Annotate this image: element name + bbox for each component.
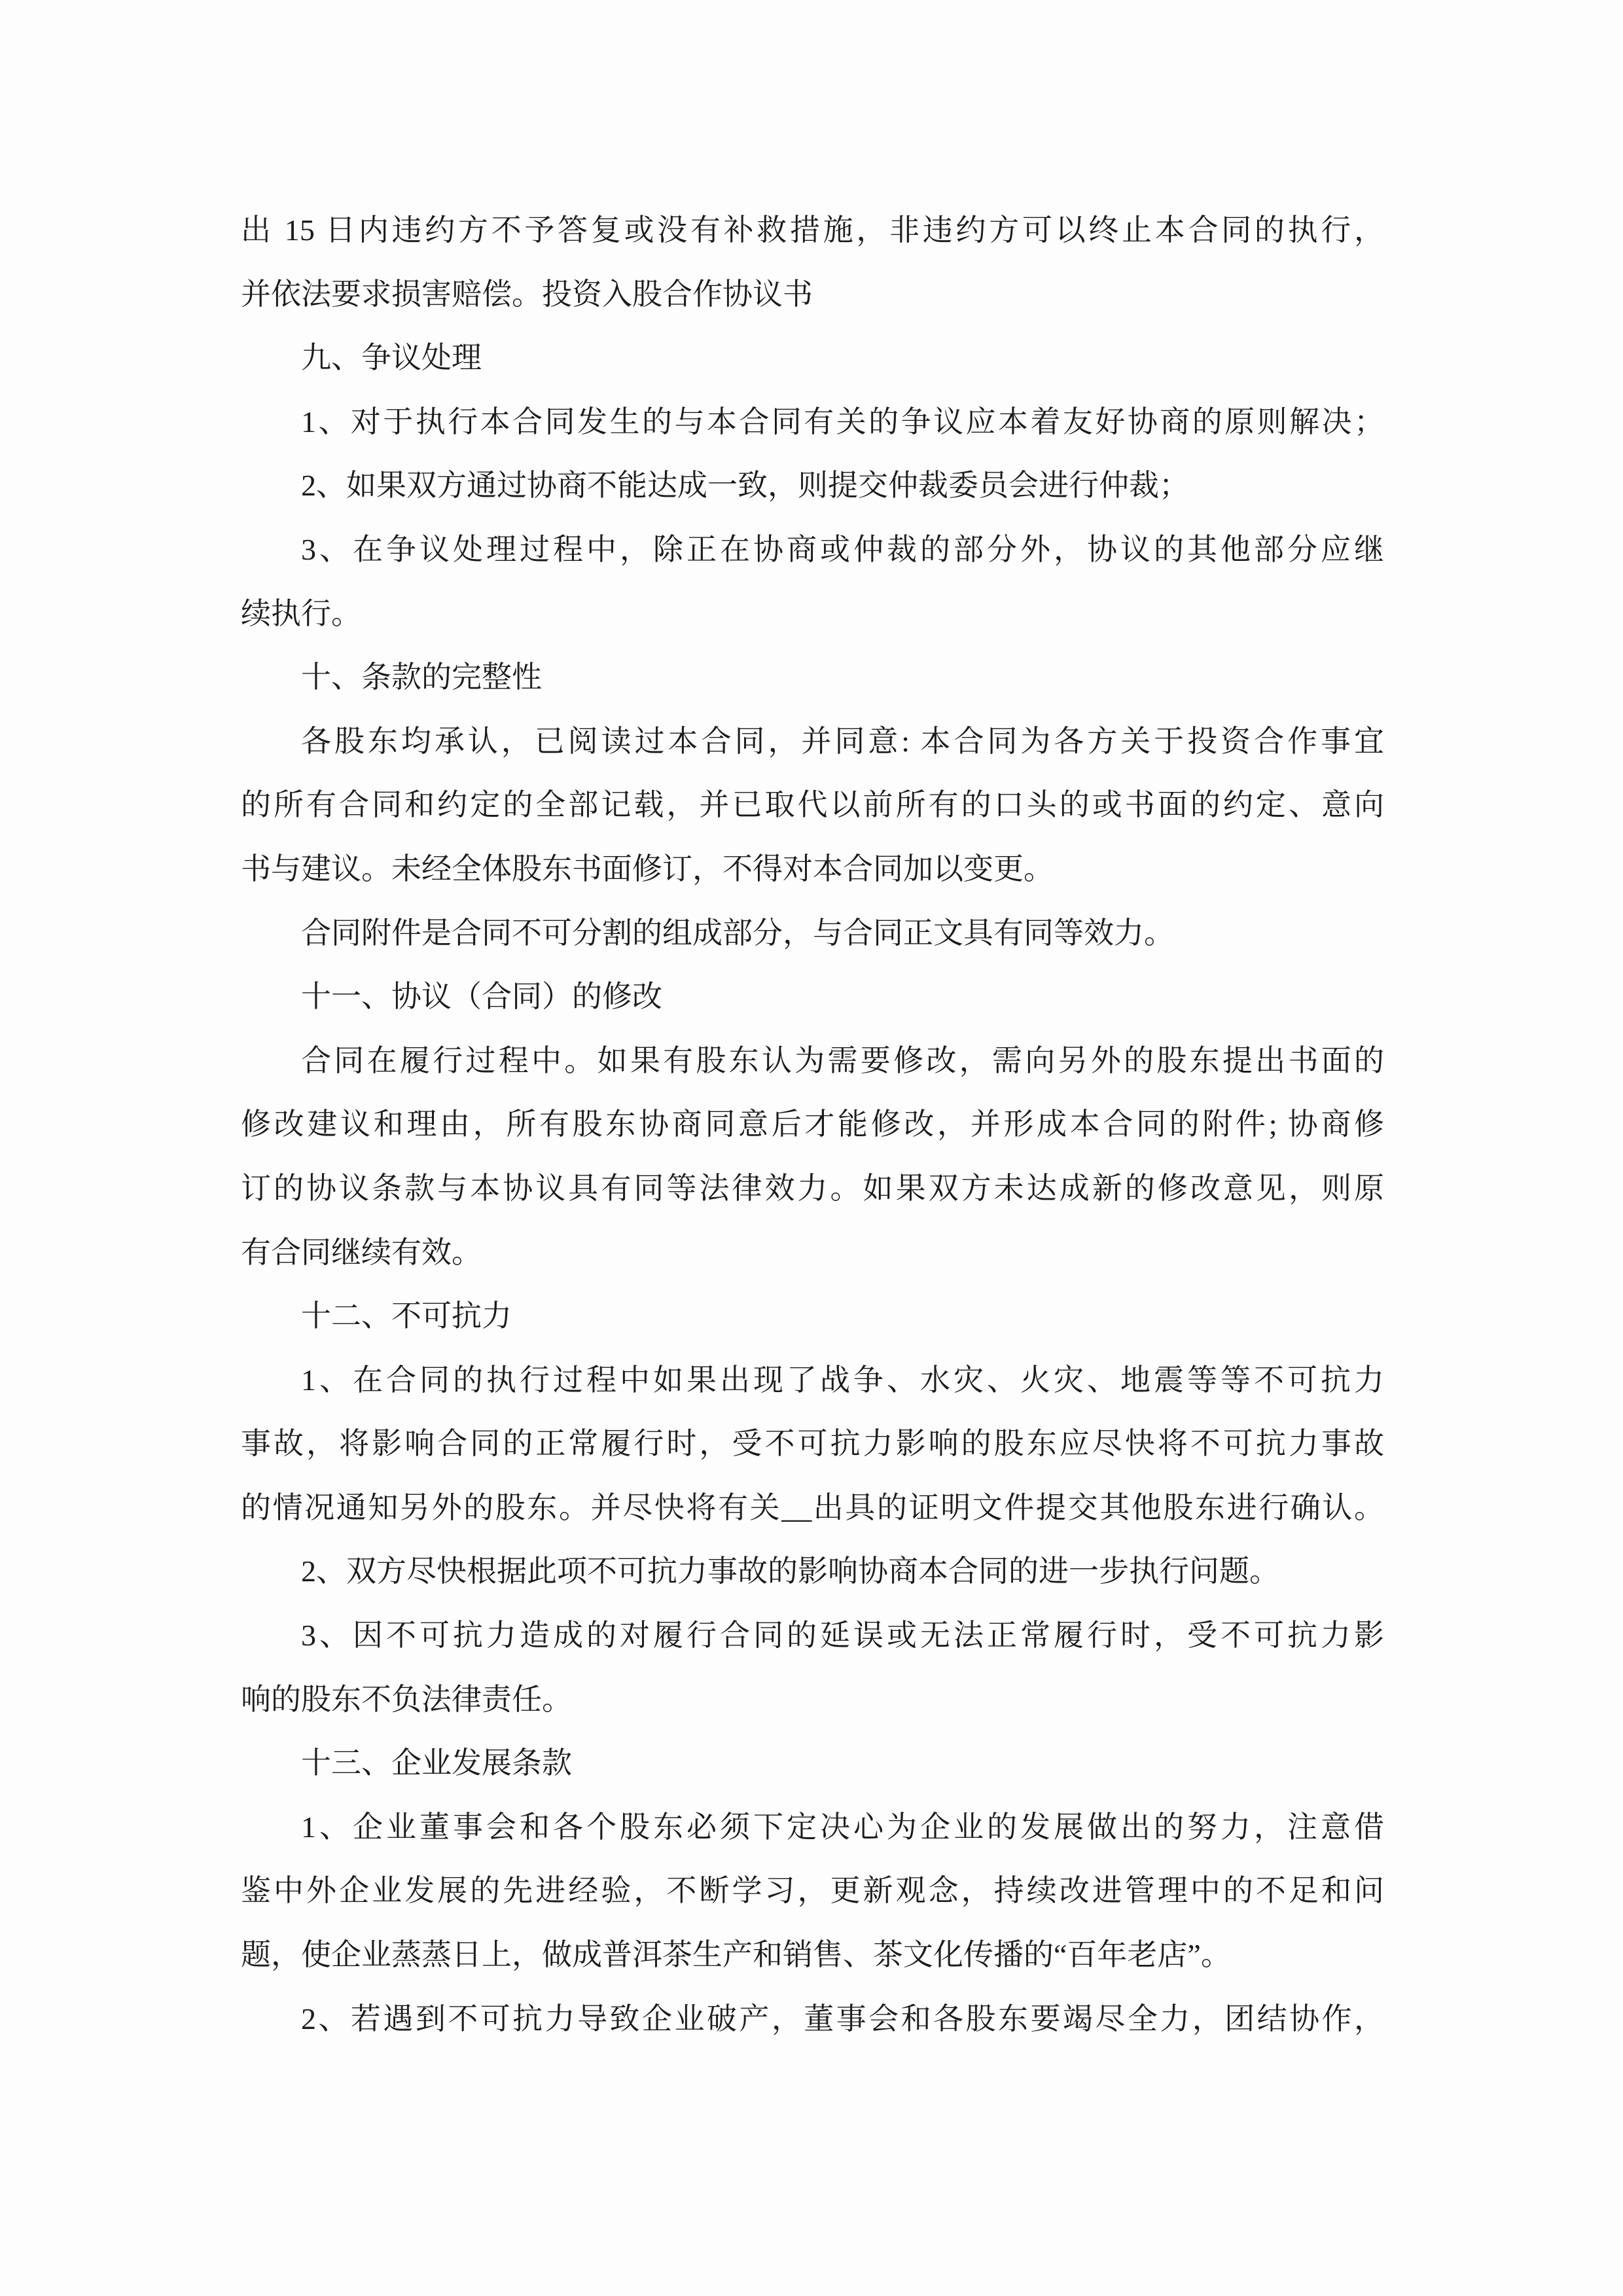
text-line: 1、在合同的执行过程中如果出现了战争、水灾、火灾、地震等等不可抗力 xyxy=(241,1348,1384,1412)
text-line: 出 15 日内违约方不予答复或没有补救措施，非违约方可以终止本合同的执行， xyxy=(241,198,1384,262)
text-line: 有合同继续有效。 xyxy=(241,1221,1384,1285)
text-line: 合同在履行过程中。如果有股东认为需要修改，需向另外的股东提出书面的 xyxy=(241,1029,1384,1093)
text-line: 续执行。 xyxy=(241,582,1384,646)
text-line: 3、在争议处理过程中，除正在协商或仲裁的部分外，协议的其他部分应继 xyxy=(241,518,1384,582)
text-line: 1、企业董事会和各个股东必须下定决心为企业的发展做出的努力，注意借 xyxy=(241,1795,1384,1859)
text-line: 的所有合同和约定的全部记载，并已取代以前所有的口头的或书面的约定、意向 xyxy=(241,773,1384,837)
text-line: 十二、不可抗力 xyxy=(241,1284,1384,1348)
text-line: 合同附件是合同不可分割的组成部分，与合同正文具有同等效力。 xyxy=(241,901,1384,965)
text-line: 2、若遇到不可抗力导致企业破产，董事会和各股东要竭尽全力，团结协作， xyxy=(241,1987,1384,2051)
text-line: 响的股东不负法律责任。 xyxy=(241,1668,1384,1732)
text-line: 1、对于执行本合同发生的与本合同有关的争议应本着友好协商的原则解决； xyxy=(241,390,1384,454)
text-line: 订的协议条款与本协议具有同等法律效力。如果双方未达成新的修改意见，则原 xyxy=(241,1157,1384,1221)
text-line: 各股东均承认，已阅读过本合同，并同意: 本合同为各方关于投资合作事宜 xyxy=(241,709,1384,774)
text-line: 3、因不可抗力造成的对履行合同的延误或无法正常履行时，受不可抗力影 xyxy=(241,1604,1384,1668)
text-line: 事故，将影响合同的正常履行时，受不可抗力影响的股东应尽快将不可抗力事故 xyxy=(241,1412,1384,1476)
text-line: 鉴中外企业发展的先进经验，不断学习，更新观念，持续改进管理中的不足和问 xyxy=(241,1859,1384,1923)
text-line: 十、条款的完整性 xyxy=(241,645,1384,709)
text-line: 2、如果双方通过协商不能达成一致，则提交仲裁委员会进行仲裁； xyxy=(241,454,1384,518)
document-text-block: 出 15 日内违约方不予答复或没有补救措施，非违约方可以终止本合同的执行，并依法… xyxy=(241,198,1384,2051)
text-line: 书与建议。未经全体股东书面修订，不得对本合同加以变更。 xyxy=(241,837,1384,901)
text-line: 十三、企业发展条款 xyxy=(241,1731,1384,1795)
text-line: 的情况通知另外的股东。并尽快将有关__出具的证明文件提交其他股东进行确认。 xyxy=(241,1476,1384,1540)
text-line: 修改建议和理由，所有股东协商同意后才能修改，并形成本合同的附件; 协商修 xyxy=(241,1092,1384,1157)
text-line: 2、双方尽快根据此项不可抗力事故的影响协商本合同的进一步执行问题。 xyxy=(241,1539,1384,1604)
text-line: 九、争议处理 xyxy=(241,326,1384,390)
text-line: 十一、协议（合同）的修改 xyxy=(241,965,1384,1029)
text-line: 并依法要求损害赔偿。投资入股合作协议书 xyxy=(241,262,1384,327)
text-line: 题，使企业蒸蒸日上，做成普洱茶生产和销售、茶文化传播的“百年老店”。 xyxy=(241,1923,1384,1987)
document-page: 出 15 日内违约方不予答复或没有补救措施，非违约方可以终止本合同的执行，并依法… xyxy=(0,0,1623,2296)
